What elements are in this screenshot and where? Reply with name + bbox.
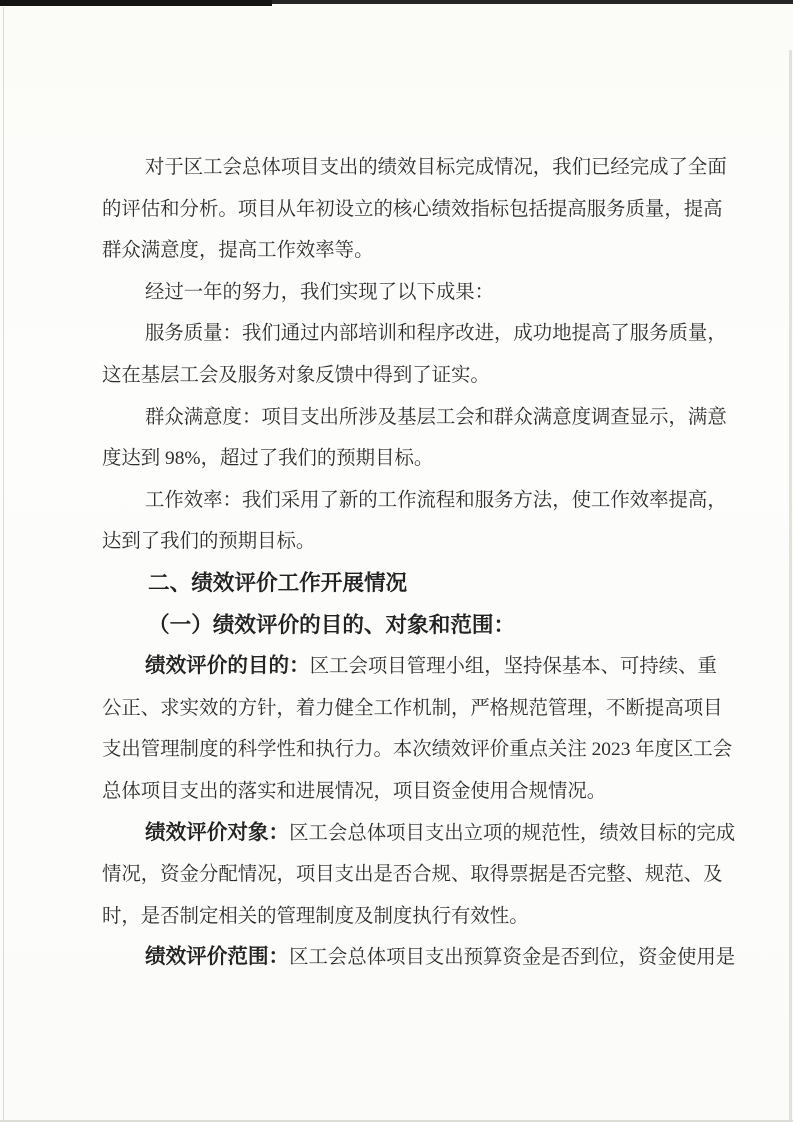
- bold-text-run: 二、绩效评价工作开展情况: [148, 571, 407, 595]
- bold-text-run: 绩效评价范围：: [145, 946, 289, 968]
- text-line: 工作效率：我们采用了新的工作流程和服务方法，使工作效率提高，: [102, 480, 762, 522]
- text-run: 区工会总体项目支出立项的规范性，绩效目标的完成: [289, 823, 735, 844]
- scanned-document-page: 对于区工会总体项目支出的绩效目标完成情况，我们已经完成了全面的评估和分析。项目从…: [0, 0, 793, 1122]
- scan-left-edge-line: [3, 7, 4, 1122]
- text-line: 群众满意度，提高工作效率等。: [102, 230, 762, 272]
- scan-top-edge-dark-segment: [0, 0, 272, 6]
- text-line: 对于区工会总体项目支出的绩效目标完成情况，我们已经完成了全面: [102, 147, 762, 189]
- text-line: 时，是否制定相关的管理制度及制度执行有效性。: [102, 896, 762, 938]
- text-run: 对于区工会总体项目支出的绩效目标完成情况，我们已经完成了全面: [145, 157, 727, 178]
- text-line: 服务质量：我们通过内部培训和程序改进，成功地提高了服务质量，: [102, 313, 762, 355]
- text-run: 达到了我们的预期目标。: [102, 531, 315, 552]
- text-run: 的评估和分析。项目从年初设立的核心绩效指标包括提高服务质量，提高: [102, 199, 723, 220]
- text-line: 公正、求实效的方针，着力健全工作机制，严格规范管理，不断提高项目: [102, 688, 762, 730]
- text-run: 度达到 98%，超过了我们的预期目标。: [102, 448, 433, 469]
- text-run: 支出管理制度的科学性和执行力。本次绩效评价重点关注 2023 年度区工会: [102, 739, 732, 760]
- text-line: 度达到 98%，超过了我们的预期目标。: [102, 438, 762, 480]
- text-line: 达到了我们的预期目标。: [102, 521, 762, 563]
- text-line: 绩效评价范围：区工会总体项目支出预算资金是否到位，资金使用是: [102, 937, 762, 979]
- text-run: 公正、求实效的方针，着力健全工作机制，严格规范管理，不断提高项目: [102, 698, 723, 719]
- text-run: 这在基层工会及服务对象反馈中得到了证实。: [102, 365, 490, 386]
- text-run: 时，是否制定相关的管理制度及制度执行有效性。: [102, 906, 529, 927]
- text-run: 情况，资金分配情况，项目支出是否合规、取得票据是否完整、规范、及: [102, 864, 723, 885]
- text-run: 服务质量：我们通过内部培训和程序改进，成功地提高了服务质量，: [145, 323, 727, 344]
- text-line: 这在基层工会及服务对象反馈中得到了证实。: [102, 355, 762, 397]
- text-line: 绩效评价的目的：区工会项目管理小组，坚持保基本、可持续、重: [102, 646, 762, 688]
- text-line: 群众满意度：项目支出所涉及基层工会和群众满意度调查显示，满意: [102, 397, 762, 439]
- heading-line: （一）绩效评价的目的、对象和范围：: [102, 605, 762, 647]
- text-line: 情况，资金分配情况，项目支出是否合规、取得票据是否完整、规范、及: [102, 854, 762, 896]
- bold-text-run: （一）绩效评价的目的、对象和范围：: [148, 613, 515, 637]
- text-line: 绩效评价对象：区工会总体项目支出立项的规范性，绩效目标的完成: [102, 813, 762, 855]
- text-run: 总体项目支出的落实和进展情况，项目资金使用合规情况。: [102, 781, 606, 802]
- bold-text-run: 绩效评价的目的：: [145, 655, 310, 677]
- bold-text-run: 绩效评价对象：: [145, 822, 289, 844]
- text-run: 群众满意度：项目支出所涉及基层工会和群众满意度调查显示，满意: [145, 407, 727, 428]
- text-run: 经过一年的努力，我们实现了以下成果：: [145, 282, 494, 303]
- text-line: 的评估和分析。项目从年初设立的核心绩效指标包括提高服务质量，提高: [102, 189, 762, 231]
- text-line: 支出管理制度的科学性和执行力。本次绩效评价重点关注 2023 年度区工会: [102, 729, 762, 771]
- text-line: 经过一年的努力，我们实现了以下成果：: [102, 272, 762, 314]
- text-run: 群众满意度，提高工作效率等。: [102, 240, 373, 261]
- scan-right-edge-strip: [789, 50, 792, 1122]
- text-run: 工作效率：我们采用了新的工作流程和服务方法，使工作效率提高，: [145, 490, 727, 511]
- document-body: 对于区工会总体项目支出的绩效目标完成情况，我们已经完成了全面的评估和分析。项目从…: [102, 147, 762, 979]
- text-line: 总体项目支出的落实和进展情况，项目资金使用合规情况。: [102, 771, 762, 813]
- text-run: 区工会总体项目支出预算资金是否到位，资金使用是: [289, 947, 735, 968]
- text-run: 区工会项目管理小组，坚持保基本、可持续、重: [310, 656, 717, 677]
- heading-line: 二、绩效评价工作开展情况: [102, 563, 762, 605]
